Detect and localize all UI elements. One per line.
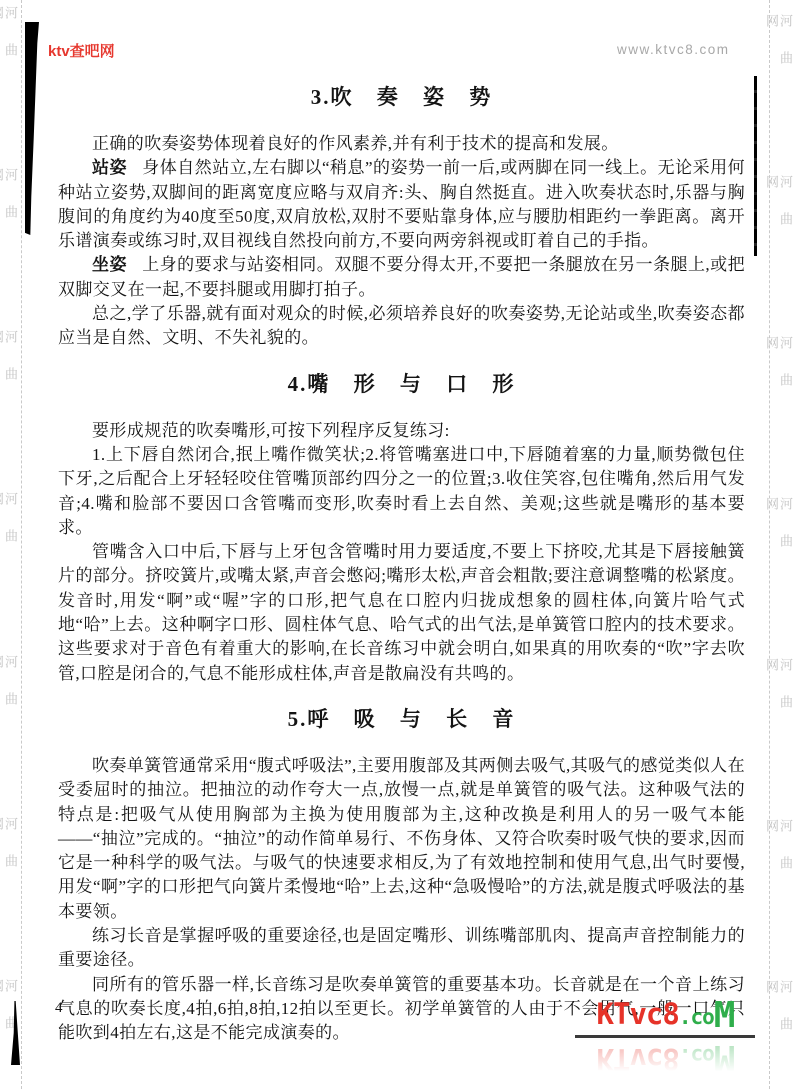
side-watermark-text: 河曲网 (778, 175, 792, 284)
left-dashed-border (21, 0, 22, 1089)
paragraph: 总之,学了乐器,就有面对观众的时候,必须培养良好的吹奏姿势,无论站或坐,吹奏姿态… (58, 302, 745, 351)
bold-lead: 站姿 (92, 158, 127, 177)
side-watermark-text: 河曲网 (778, 819, 792, 928)
section-breathing-long-tones: 5.呼 吸 与 长 音 吹奏单簧管通常采用“腹式呼吸法”,主要用腹部及其两侧去吸… (58, 706, 745, 1046)
side-watermark-text: 河曲网 (3, 330, 17, 440)
side-watermark-text: 河曲网 (3, 168, 17, 278)
section-title: 3.吹 奏 姿 势 (58, 84, 745, 110)
section-title: 5.呼 吸 与 长 音 (58, 706, 745, 732)
side-watermark-text: 河曲网 (778, 14, 792, 123)
paragraph: 正确的吹奏姿势体现着良好的作风素养,并有利于技术的提高和发展。 (58, 132, 745, 156)
paragraph: 要形成规范的吹奏嘴形,可按下列程序反复练习: (58, 419, 745, 443)
paragraph: 1.上下唇自然闭合,抿上嘴作微笑状;2.将管嘴塞进口中,下唇随着塞的力量,顺势微… (58, 443, 745, 540)
side-watermark-text: 河曲网 (3, 655, 17, 765)
section-blowing-posture: 3.吹 奏 姿 势 正确的吹奏姿势体现着良好的作风素养,并有利于技术的提高和发展… (58, 84, 745, 351)
right-dashed-border (769, 0, 770, 1089)
paragraph: 练习长音是掌握呼吸的重要途径,也是固定嘴形、训练嘴部肌肉、提高声音控制能力的重要… (58, 924, 745, 973)
side-watermark-text: 河曲网 (3, 817, 17, 927)
page-content: 3.吹 奏 姿 势 正确的吹奏姿势体现着良好的作风素养,并有利于技术的提高和发展… (58, 84, 745, 1046)
logo-red-part: KTvc8 (597, 997, 679, 1031)
page-number: 4 (55, 1000, 63, 1017)
paragraph: 站姿身体自然站立,左右脚以“稍息”的姿势一前一后,或两脚在同一线上。无论采用何种… (58, 156, 745, 253)
side-watermark-text: 河曲网 (3, 6, 17, 116)
section-title: 4.嘴 形 与 口 形 (58, 371, 745, 397)
logo-dot-co-part: .co (679, 1005, 714, 1029)
scan-artifact-right (754, 76, 757, 256)
logo-red-part-reflection: KTvc8 (597, 1042, 679, 1076)
ktvc8-logo: KTvc8.coM KTvc8.coM (575, 998, 755, 1075)
paragraph: 管嘴含入口中后,下唇与上牙包含管嘴时用力要适度,不要上下挤咬,尤其是下唇接触簧片… (58, 540, 745, 686)
scan-artifact-top-left (25, 22, 39, 235)
side-watermark-text: 河曲网 (778, 336, 792, 445)
side-watermark-text: 河曲网 (778, 497, 792, 606)
ktvc8-url-watermark: www.ktvc8.com (617, 42, 730, 57)
side-watermark-text: 河曲网 (3, 492, 17, 602)
scanned-book-page: 河曲网 河曲网 河曲网 河曲网 河曲网 河曲网 河曲网 河曲网 河曲网 河曲网 … (0, 0, 794, 1089)
right-edge-watermark-column: 河曲网 河曲网 河曲网 河曲网 河曲网 河曲网 河曲网 (778, 14, 792, 1089)
logo-m-part-reflection: M (714, 1037, 734, 1078)
paragraph: 坐姿上身的要求与站姿相同。双腿不要分得太开,不要把一条腿放在另一条腿上,或把双脚… (58, 253, 745, 302)
ktvc8-logo-text: KTvc8.coM (575, 998, 755, 1034)
logo-m-part: M (714, 995, 734, 1036)
logo-dot-co-part-reflection: .co (679, 1044, 714, 1068)
side-watermark-text: 河曲网 (778, 658, 792, 767)
section-mouth-shape: 4.嘴 形 与 口 形 要形成规范的吹奏嘴形,可按下列程序反复练习: 1.上下唇… (58, 371, 745, 686)
left-edge-watermark-column: 河曲网 河曲网 河曲网 河曲网 河曲网 河曲网 河曲网 (3, 6, 17, 1089)
bold-lead: 坐姿 (92, 255, 127, 274)
ktv-chaba-watermark: ktv查吧网 (48, 40, 115, 61)
side-watermark-text: 河曲网 (778, 980, 792, 1089)
paragraph: 吹奏单簧管通常采用“腹式呼吸法”,主要用腹部及其两侧去吸气,其吸气的感觉类似人在… (58, 754, 745, 924)
ktvc8-logo-reflection: KTvc8.coM (575, 1039, 755, 1075)
